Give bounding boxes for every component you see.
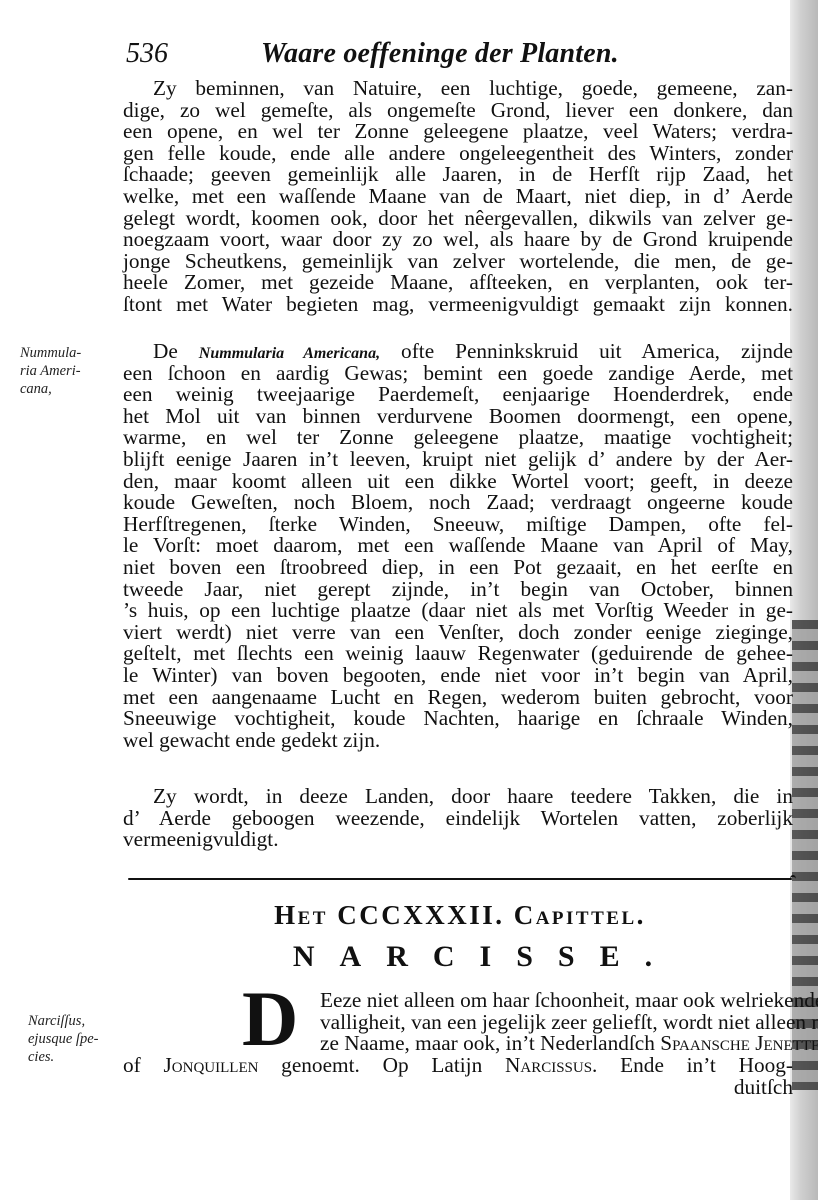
text-line: gelegt wordt, koomen ook, door het nêerg… xyxy=(123,208,793,230)
text-fragment: Ende in’t Hoog- xyxy=(597,1053,793,1077)
text-line: heele Zomer, met gezeide Maane, afſteeke… xyxy=(123,272,793,294)
latin-name: Narcissus. xyxy=(505,1053,597,1077)
paragraph-narcissus-bottom: of Jonquillen genoemt. Op Latijn Narciss… xyxy=(123,1055,793,1098)
text-fragment: ofte Penninkskruid uit America, zijnde xyxy=(380,339,793,363)
vernacular-name: Jonquillen xyxy=(164,1053,259,1077)
margin-note-line: cies. xyxy=(28,1048,128,1066)
text-line: blijft eenige Jaaren in’t leeven, kruipt… xyxy=(123,449,793,471)
text-line: le Vorſt: moet daarom, met een waſſende … xyxy=(123,535,793,557)
text-line: d’ Aerde geboogen weezende, eindelijk Wo… xyxy=(123,808,793,830)
margin-note-narcissus: Narciſſus, ejusque ſpe- cies. xyxy=(28,1012,128,1066)
text-line: Zy wordt, in deeze Landen, door haare te… xyxy=(123,786,793,808)
paragraph-nummularia: De Nummularia Americana, ofte Penninkskr… xyxy=(123,341,793,751)
margin-note-line: ejusque ſpe- xyxy=(28,1030,128,1048)
margin-note-line: Narciſſus, xyxy=(28,1012,128,1030)
text-line: tweede Jaar, niet gerept zijnde, in’t be… xyxy=(123,579,793,601)
text-line: valligheit, van een jegelijk zeer gelief… xyxy=(320,1012,793,1034)
text-line: een weinig tweejaarige Paerdemeſt, eenja… xyxy=(123,384,793,406)
latin-name: Nummularia Americana, xyxy=(199,345,380,362)
text-line: le Winter) van boven begooten, ende niet… xyxy=(123,665,793,687)
text-line: koude Geweſten, noch Bloem, noch Zaad; v… xyxy=(123,492,793,514)
drop-cap: D xyxy=(242,980,298,1058)
text-line: vermeenigvuldigt. xyxy=(123,829,793,851)
paragraph-cultivation: Zy beminnen, van Natuire, een luchtige, … xyxy=(123,78,793,316)
running-title: Waare oeffeninge der Planten. xyxy=(261,38,619,70)
paragraph-propagation: Zy wordt, in deeze Landen, door haare te… xyxy=(123,786,793,851)
paragraph-narcissus-top: Eeze niet alleen om haar ſchoonheit, maa… xyxy=(320,990,793,1055)
text-line: een opene, en wel ter Zonne geleegene pl… xyxy=(123,121,793,143)
chapter-title: NARCISSE. xyxy=(128,940,817,974)
text-line: ſtont met Water begieten mag, vermeenigv… xyxy=(123,294,793,316)
text-line: welke, met een waſſende Maane van de Maa… xyxy=(123,186,793,208)
margin-note-line: cana, xyxy=(20,380,120,398)
text-line: met een aangenaame Lucht en Regen, weder… xyxy=(123,687,793,709)
text-fragment: of xyxy=(123,1053,164,1077)
text-line: ’s huis, op een luchtige plaatze (daar n… xyxy=(123,600,793,622)
page-number: 536 xyxy=(126,38,168,70)
text-line: niet boven een ſtroobreed diep, in een P… xyxy=(123,557,793,579)
text-line: het Mol uit van binnen verdurvene Boomen… xyxy=(123,406,793,428)
catchword: duitſch xyxy=(123,1077,793,1099)
text-line: noegzaam voort, waar door zy zo wel, als… xyxy=(123,229,793,251)
text-line: ſchaade; geeven gemeinlijk alle Jaaren, … xyxy=(123,164,793,186)
text-line: Sneeuwige vochtigheit, koude Nachten, ha… xyxy=(123,708,793,730)
text-line: De Nummularia Americana, ofte Penninkskr… xyxy=(123,341,793,363)
text-line: een ſchoon en aardig Gewas; bemint een g… xyxy=(123,363,793,385)
section-divider xyxy=(128,878,792,880)
text-line: of Jonquillen genoemt. Op Latijn Narciss… xyxy=(123,1055,793,1077)
text-line: wel gewacht ende gedekt zijn. xyxy=(123,730,793,752)
margin-note-nummularia: Nummula- ria Ameri- cana, xyxy=(20,344,120,398)
text-fragment: genoemt. Op Latijn xyxy=(258,1053,505,1077)
text-line: viert werdt) niet verre van een Venſter,… xyxy=(123,622,793,644)
text-line: gen felle koude, ende alle andere ongele… xyxy=(123,143,793,165)
text-fragment: ze Naame, maar ook, in’t Nederlandſch xyxy=(320,1031,660,1055)
running-head: 536 Waare oeffeninge der Planten. xyxy=(126,38,806,78)
text-line: Eeze niet alleen om haar ſchoonheit, maa… xyxy=(320,990,793,1012)
text-line: dige, zo wel gemeſte, als ongemeſte Gron… xyxy=(123,100,793,122)
text-line: den, maar koomt alleen uit een dikke Wor… xyxy=(123,471,793,493)
text-line: warme, en wel ter Zonne geleegene plaatz… xyxy=(123,427,793,449)
margin-note-line: ria Ameri- xyxy=(20,362,120,380)
text-line: Herfſtregenen, ſterke Winden, Sneeuw, mi… xyxy=(123,514,793,536)
text-line: ze Naame, maar ook, in’t Nederlandſch Sp… xyxy=(320,1033,793,1055)
text-line: geſtelt, met ſlechts een weinig laauw Re… xyxy=(123,643,793,665)
book-page: 536 Waare oeffeninge der Planten. Zy bem… xyxy=(0,0,818,1200)
chapter-heading: Het CCCXXXII. Capittel. xyxy=(128,900,792,931)
text-fragment: De xyxy=(153,339,199,363)
vernacular-name: Spaansche Jenette, xyxy=(660,1031,818,1055)
text-line: jonge Scheutkens, gemeinlijk van zelver … xyxy=(123,251,793,273)
margin-note-line: Nummula- xyxy=(20,344,120,362)
text-line: Zy beminnen, van Natuire, een luchtige, … xyxy=(123,78,793,100)
